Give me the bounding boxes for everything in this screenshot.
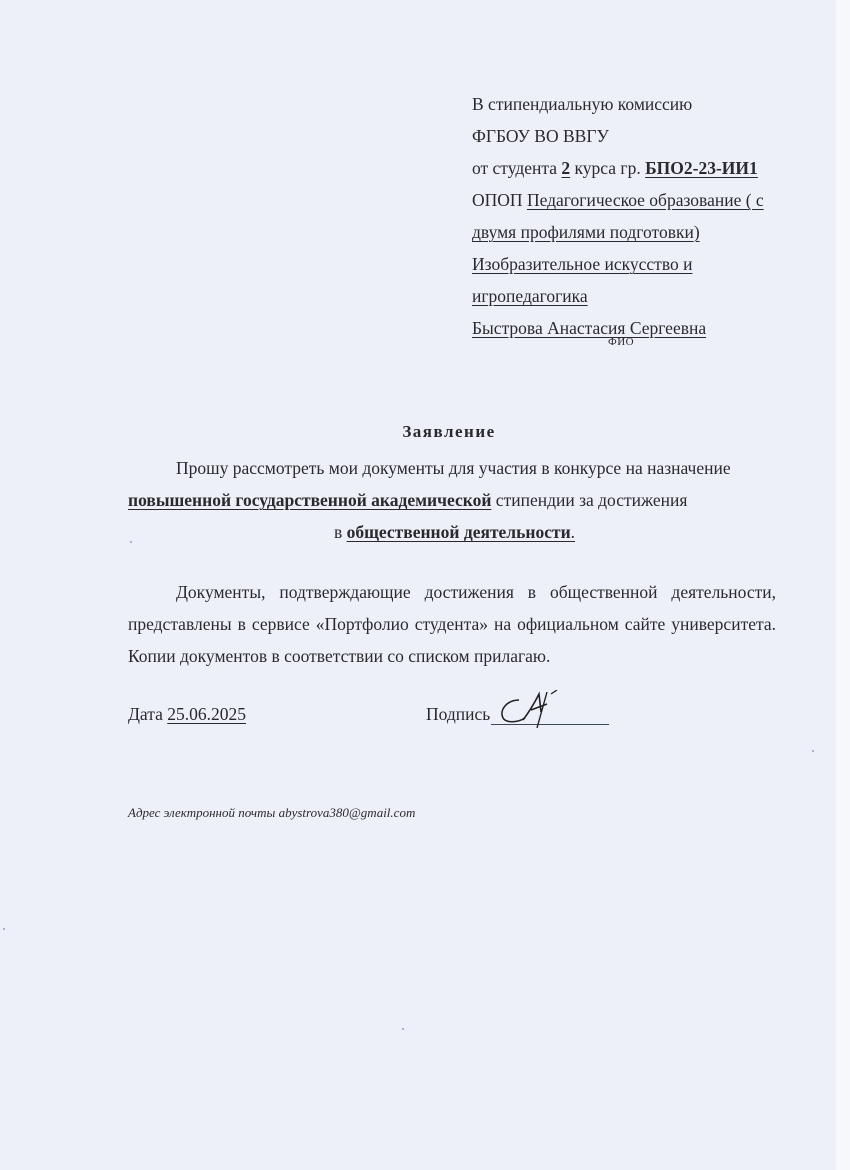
request-line-1: Прошу рассмотреть мои документы для учас… [128,452,788,484]
fio-caption: ФИО [608,336,634,348]
scholarship-type: повышенной государственной академической [128,490,491,510]
course-number: 2 [561,158,570,178]
course-suffix: курса гр. [570,158,645,178]
email-label: Адрес электронной почты [128,805,279,820]
date-label: Дата [128,704,167,724]
request-line-2: повышенной государственной академической… [128,484,788,516]
activity-area: общественной деятельности [347,522,571,542]
profile-line-2: игропедагогика [472,280,802,312]
addressee-committee: В стипендиальную комиссию [472,88,802,120]
profile-name-1: Изобразительное искусство и [472,254,692,274]
signature-field: Подпись [426,704,609,725]
date-value: 25.06.2025 [167,704,246,724]
documents-line-3: Копии документов в соответствии со списк… [128,640,776,672]
request-paragraph: Прошу рассмотреть мои документы для учас… [128,452,788,548]
program-name-1: Педагогическое образование ( с [527,190,764,210]
scan-speck [402,1028,404,1030]
scan-speck [3,928,5,930]
student-line: от студента 2 курса гр. БПО2-23-ИИ1 [472,152,802,184]
scan-edge [836,0,850,1170]
student-full-name: Быстрова Анастасия Сергеевна [472,318,706,338]
documents-paragraph: Документы, подтверждающие достижения в о… [128,576,776,672]
request-line-3: в общественной деятельности. [128,516,788,548]
program-name-2: двумя профилями подготовки) [472,222,700,242]
signature-label: Подпись [426,704,490,725]
request-line-3-prefix: в [334,522,347,542]
handwritten-signature-icon [497,690,577,730]
signature-line [491,704,609,725]
addressee-block: В стипендиальную комиссию ФГБОУ ВО ВВГУ … [472,88,802,344]
documents-line-2: представлены в сервисе «Портфолио студен… [128,608,776,640]
profile-line-1: Изобразительное искусство и [472,248,802,280]
full-name-line: Быстрова Анастасия Сергеевна [472,312,802,344]
scan-speck [620,340,622,342]
email-value: abystrova380@gmail.com [279,805,416,820]
scan-speck [130,541,132,543]
request-line-2-suffix: стипендии за достижения [491,490,687,510]
student-prefix: от студента [472,158,561,178]
document-title: Заявление [0,422,836,442]
program-line-2: двумя профилями подготовки) [472,216,802,248]
documents-line-1: Документы, подтверждающие достижения в о… [128,576,776,608]
profile-name-2: игропедагогика [472,286,588,306]
email-field: Адрес электронной почты abystrova380@gma… [128,805,415,821]
program-line: ОПОП Педагогическое образование ( с [472,184,802,216]
opop-prefix: ОПОП [472,190,527,210]
date-field: Дата 25.06.2025 [128,704,246,725]
request-line-3-suffix: . [571,522,575,542]
group-code: БПО2-23-ИИ1 [645,158,758,178]
addressee-university: ФГБОУ ВО ВВГУ [472,120,802,152]
scan-speck [812,750,814,752]
